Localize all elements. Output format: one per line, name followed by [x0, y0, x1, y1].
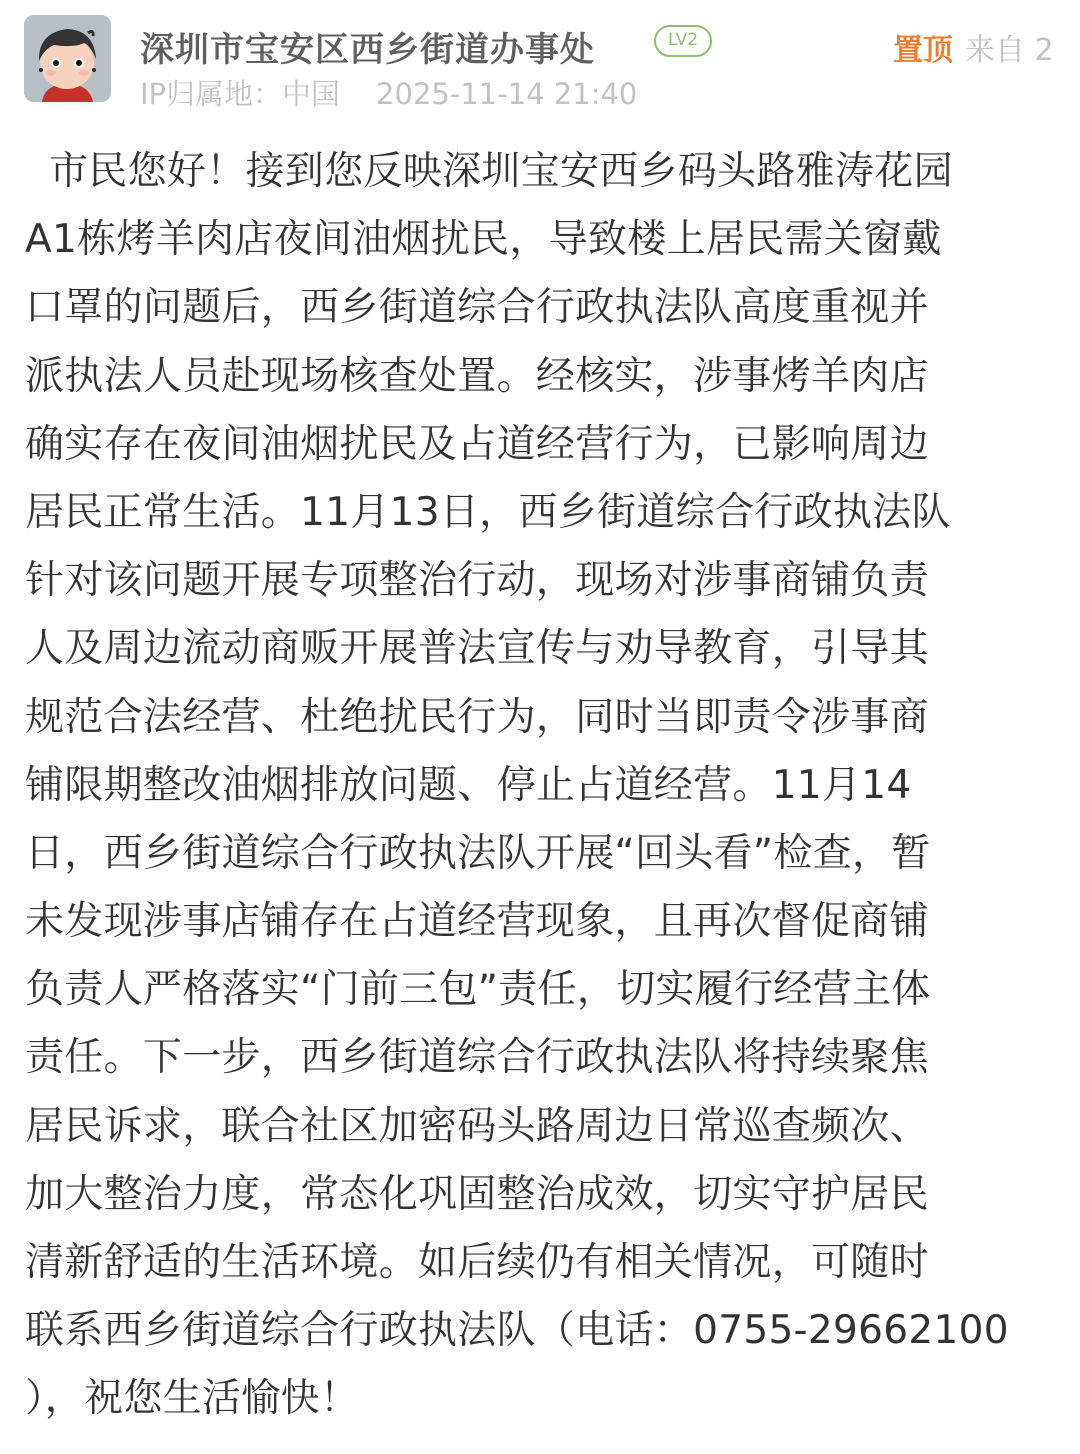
body-line: 规范合法经营、杜绝扰民行为，同时当即责令涉事商 — [25, 684, 1065, 752]
body-line: 确实存在夜间油烟扰民及占道经营行为，已影响周边 — [25, 411, 1065, 479]
body-line: 人及周边流动商贩开展普法宣传与劝导教育，引导其 — [25, 615, 1065, 683]
body-line: 日，西乡街道综合行政执法队开展“回头看”检查，暂 — [25, 820, 1065, 888]
body-line: 市民您好！接到您反映深圳宝安西乡码头路雅涛花园 — [25, 138, 1065, 206]
body-line: 清新舒适的生活环境。如后续仍有相关情况，可随时 — [25, 1229, 1065, 1297]
body-line: 责任。下一步，西乡街道综合行政执法队将持续聚焦 — [25, 1024, 1065, 1092]
body-line: 居民正常生活。11月13日，西乡街道综合行政执法队 — [25, 479, 1065, 547]
body-line: 联系西乡街道综合行政执法队（电话：0755-29662100 — [25, 1297, 1065, 1365]
post-meta: IP归属地：中国2025-11-14 21:40 — [140, 72, 637, 113]
body-line: 派执法人员赴现场核查处置。经核实，涉事烤羊肉店 — [25, 343, 1065, 411]
post-header: 深圳市宝安区西乡街道办事处 LV2 IP归属地：中国2025-11-14 21:… — [0, 0, 1080, 120]
pinned-label: 置顶 — [893, 25, 953, 69]
level-badge[interactable]: LV2 — [654, 25, 712, 57]
body-line: 居民诉求，联合社区加密码头路周边日常巡查频次、 — [25, 1093, 1065, 1161]
post-datetime: 2025-11-14 21:40 — [376, 77, 637, 111]
body-line: 口罩的问题后，西乡街道综合行政执法队高度重视并 — [25, 274, 1065, 342]
author-name[interactable]: 深圳市宝安区西乡街道办事处 — [140, 22, 595, 71]
source-label[interactable]: 来自 2 — [965, 25, 1054, 69]
ip-location: IP归属地：中国 — [140, 77, 340, 111]
body-line: 加大整治力度，常态化巩固整治成效，切实守护居民 — [25, 1161, 1065, 1229]
post-body: 市民您好！接到您反映深圳宝安西乡码头路雅涛花园 A1栋烤羊肉店夜间油烟扰民，导致… — [25, 138, 1065, 1434]
body-line: ），祝您生活愉快！ — [25, 1365, 1065, 1433]
cartoon-girl-avatar-icon — [24, 15, 111, 102]
body-line: 针对该问题开展专项整治行动，现场对涉事商铺负责 — [25, 547, 1065, 615]
body-line: 负责人严格落实“门前三包”责任，切实履行经营主体 — [25, 956, 1065, 1024]
avatar[interactable] — [24, 15, 111, 102]
body-line: 铺限期整改油烟排放问题、停止占道经营。11月14 — [25, 752, 1065, 820]
body-line: 未发现涉事店铺存在占道经营现象，且再次督促商铺 — [25, 888, 1065, 956]
body-line: A1栋烤羊肉店夜间油烟扰民，导致楼上居民需关窗戴 — [25, 206, 1065, 274]
